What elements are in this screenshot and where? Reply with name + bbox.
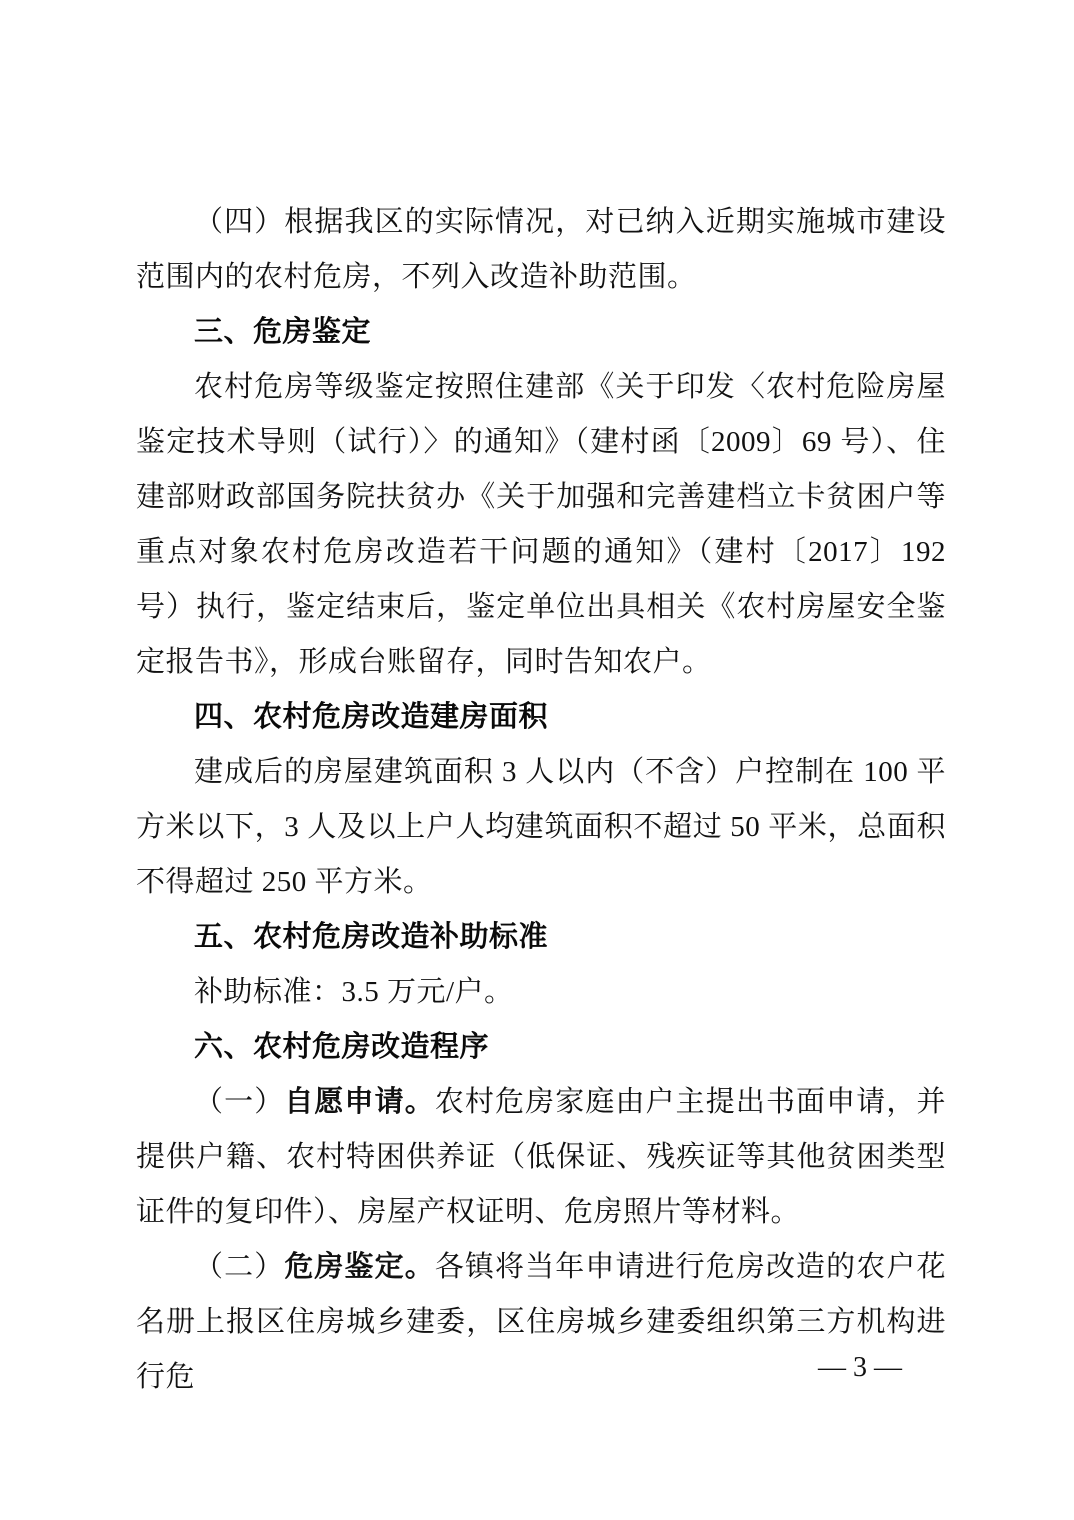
paragraph-item4-exclusion: （四）根据我区的实际情况，对已纳入近期实施城市建设范围内的农村危房，不列入改造补… <box>136 195 946 305</box>
paragraph-appraisal-basis: 农村危房等级鉴定按照住建部《关于印发〈农村危险房屋鉴定技术导则（试行）〉的通知》… <box>136 360 946 690</box>
step1-lead: 自愿申请。 <box>284 1086 435 1118</box>
step1-number: （一） <box>194 1086 284 1118</box>
page-number: — 3 — <box>818 1348 902 1388</box>
heading-section6-procedure: 六、农村危房改造程序 <box>136 1020 946 1075</box>
step2-number: （二） <box>194 1251 284 1283</box>
paragraph-step1-voluntary-application: （一）自愿申请。农村危房家庭由户主提出书面申请，并提供户籍、农村特困供养证（低保… <box>136 1075 946 1240</box>
heading-section3-appraisal: 三、危房鉴定 <box>136 305 946 360</box>
heading-section4-building-area: 四、农村危房改造建房面积 <box>136 690 946 745</box>
paragraph-building-area: 建成后的房屋建筑面积 3 人以内（不含）户控制在 100 平方米以下，3 人及以… <box>136 745 946 910</box>
paragraph-subsidy-standard: 补助标准：3.5 万元/户。 <box>136 965 946 1020</box>
heading-section5-subsidy-standard: 五、农村危房改造补助标准 <box>136 910 946 965</box>
document-page: （四）根据我区的实际情况，对已纳入近期实施城市建设范围内的农村危房，不列入改造补… <box>0 0 1074 1520</box>
document-body: （四）根据我区的实际情况，对已纳入近期实施城市建设范围内的农村危房，不列入改造补… <box>136 195 946 1405</box>
step2-lead: 危房鉴定。 <box>284 1251 435 1283</box>
